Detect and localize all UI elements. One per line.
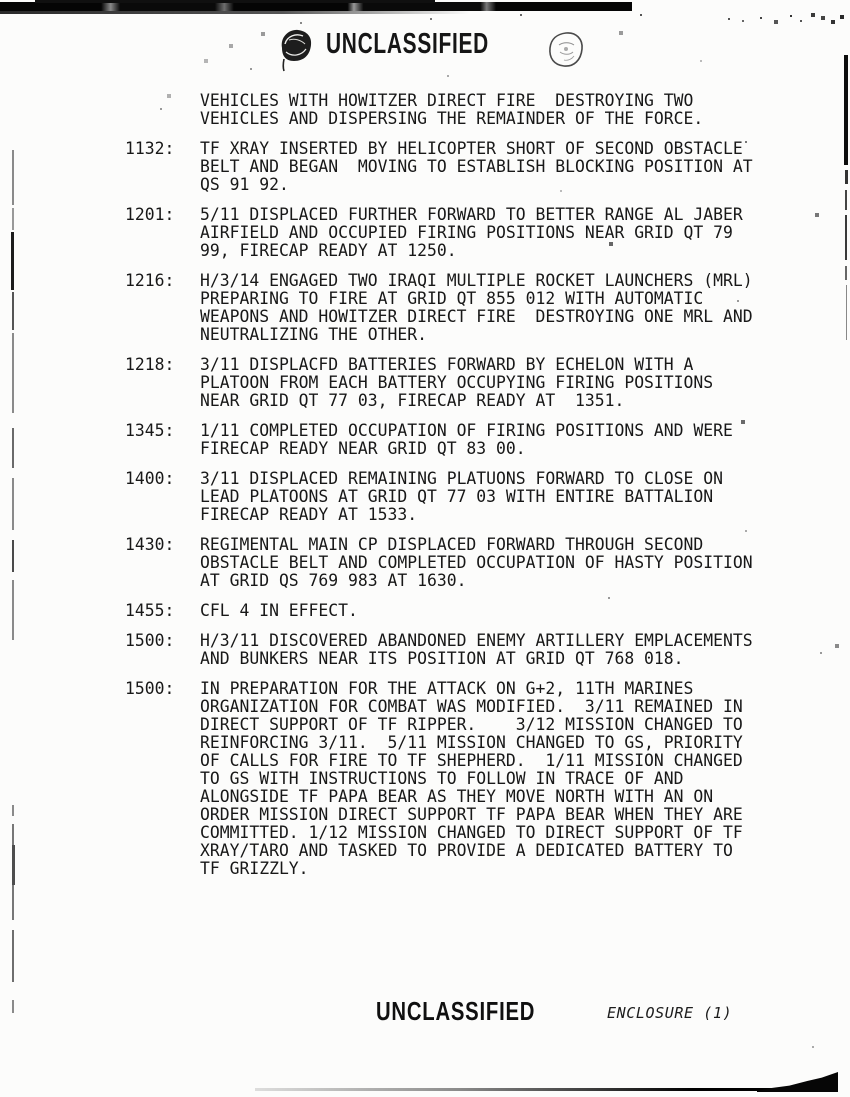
scan-artifact-top-bar: [0, 2, 632, 11]
log-entry: 1216:H/3/14 ENGAGED TWO IRAQI MULTIPLE R…: [125, 272, 825, 344]
scan-artifact-left-line: [12, 930, 14, 982]
scan-artifact-left-line: [11, 232, 14, 290]
log-entry: VEHICLES WITH HOWITZER DIRECT FIRE DESTR…: [125, 92, 825, 128]
scan-artifact-bottom-wedge: [757, 1072, 838, 1092]
entry-text: 1/11 COMPLETED OCCUPATION OF FIRING POSI…: [200, 422, 733, 458]
log-entries: VEHICLES WITH HOWITZER DIRECT FIRE DESTR…: [125, 92, 825, 890]
entry-time: [125, 92, 200, 128]
entry-text: 5/11 DISPLACED FURTHER FORWARD TO BETTER…: [200, 206, 743, 260]
log-entry: 1500:IN PREPARATION FOR THE ATTACK ON G+…: [125, 680, 825, 878]
entry-text: H/3/14 ENGAGED TWO IRAQI MULTIPLE ROCKET…: [200, 272, 753, 344]
scan-artifact-left-line: [12, 805, 14, 816]
log-entry: 1201:5/11 DISPLACED FURTHER FORWARD TO B…: [125, 206, 825, 260]
entry-time: 1201:: [125, 206, 200, 260]
entry-time: 1216:: [125, 272, 200, 344]
entry-time: 1218:: [125, 356, 200, 410]
entry-time: 1345:: [125, 422, 200, 458]
circle-stamp-icon: [546, 30, 586, 74]
entry-time: 1430:: [125, 536, 200, 590]
classification-header: UNCLASSIFIED: [326, 28, 489, 61]
log-entry: 1500:H/3/11 DISCOVERED ABANDONED ENEMY A…: [125, 632, 825, 668]
entry-time: 1132:: [125, 140, 200, 194]
entry-time: 1400:: [125, 470, 200, 524]
scan-artifact-top-sliver: [35, 0, 435, 3]
scan-artifact-right-line: [845, 266, 847, 280]
enclosure-label: ENCLOSURE (1): [607, 1004, 732, 1022]
entry-text: VEHICLES WITH HOWITZER DIRECT FIRE DESTR…: [200, 92, 703, 128]
scan-artifact-left-line: [12, 540, 14, 572]
scan-artifact-left-line: [12, 428, 14, 468]
scan-artifact-right-line: [844, 55, 848, 165]
entry-text: TF XRAY INSERTED BY HELICOPTER SHORT OF …: [200, 140, 753, 194]
entry-time: 1500:: [125, 632, 200, 668]
log-entry: 1455:CFL 4 IN EFFECT.: [125, 602, 825, 620]
scan-noise-top-right: [0, 0, 2, 2]
log-entry: 1430:REGIMENTAL MAIN CP DISPLACED FORWAR…: [125, 536, 825, 590]
ink-blob-stamp-icon: [274, 26, 316, 76]
scan-artifact-left-line: [12, 580, 14, 640]
log-entry: 1400:3/11 DISPLACED REMAINING PLATUONS F…: [125, 470, 825, 524]
scan-artifact-right-line: [845, 215, 847, 260]
entry-time: 1455:: [125, 602, 200, 620]
entry-text: 3/11 DISPLACFD BATTERIES FORWARD BY ECHE…: [200, 356, 713, 410]
log-entry: 1218:3/11 DISPLACFD BATTERIES FORWARD BY…: [125, 356, 825, 410]
scan-artifact-left-line: [12, 333, 14, 413]
entry-time: 1500:: [125, 680, 200, 878]
log-entry: 1345:1/11 COMPLETED OCCUPATION OF FIRING…: [125, 422, 825, 458]
scan-artifact-left-line: [12, 1000, 14, 1013]
classification-footer: UNCLASSIFIED: [376, 996, 535, 1027]
scan-artifact-left-line: [12, 208, 14, 230]
scan-artifact-right-line: [846, 285, 847, 340]
scan-artifact-left-line: [12, 150, 14, 205]
scan-artifact-left-line: [12, 292, 14, 330]
scan-artifact-right-line: [845, 190, 847, 210]
entry-text: CFL 4 IN EFFECT.: [200, 602, 358, 620]
scan-artifact-left-line: [12, 845, 15, 885]
entry-text: REGIMENTAL MAIN CP DISPLACED FORWARD THR…: [200, 536, 753, 590]
entry-text: 3/11 DISPLACED REMAINING PLATUONS FORWAR…: [200, 470, 723, 524]
entry-text: H/3/11 DISCOVERED ABANDONED ENEMY ARTILL…: [200, 632, 753, 668]
entry-text: IN PREPARATION FOR THE ATTACK ON G+2, 11…: [200, 680, 743, 878]
scan-artifact-bottom-line: [255, 1088, 838, 1091]
log-entry: 1132:TF XRAY INSERTED BY HELICOPTER SHOR…: [125, 140, 825, 194]
scan-artifact-right-line: [845, 170, 848, 184]
scan-artifact-left-line: [12, 478, 14, 530]
scanned-document-page: { "header": { "classification": "UNCLASS…: [0, 0, 850, 1097]
scan-artifact-top-underline: [0, 11, 470, 14]
